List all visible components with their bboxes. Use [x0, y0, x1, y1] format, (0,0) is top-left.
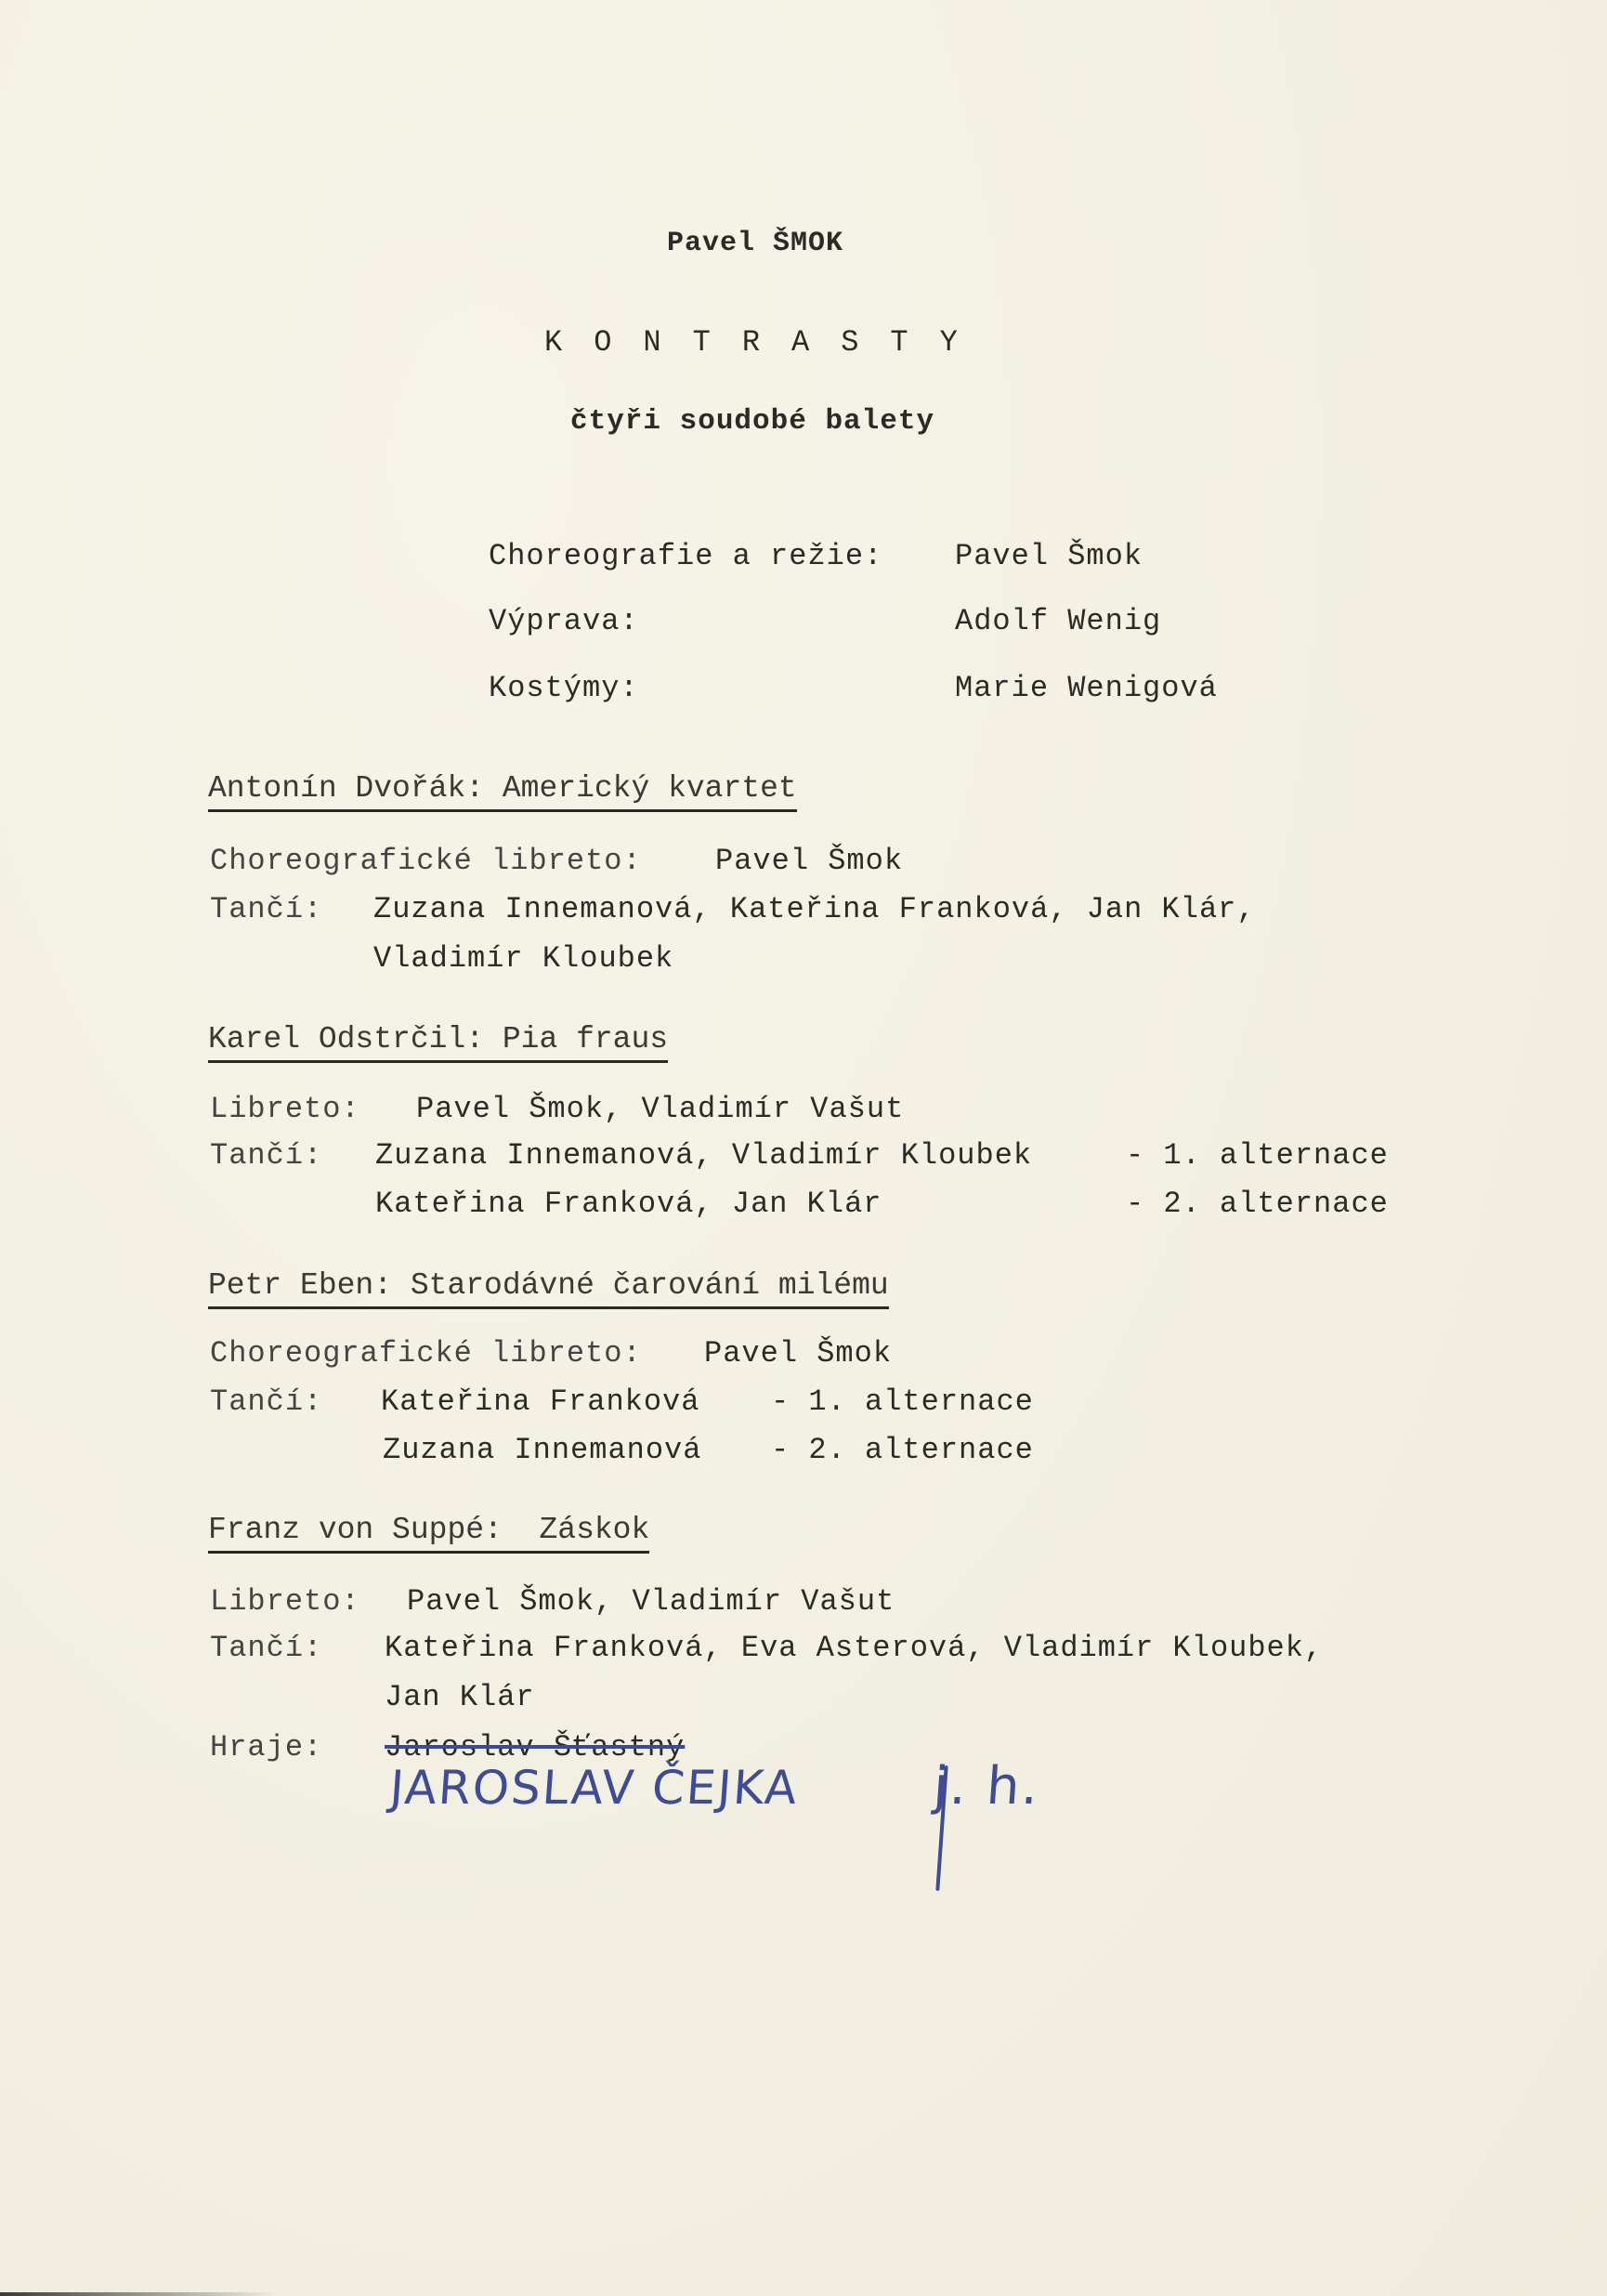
section-line-value: Kateřina Franková, Eva Asterová, Vladimí… [385, 1631, 1323, 1665]
section-line-value: Zuzana Innemanová [383, 1433, 701, 1467]
section-line-label: Tančí: [210, 1138, 322, 1173]
document-page: Pavel ŠMOK KONTRASTY čtyři soudobé balet… [0, 0, 1607, 2296]
section-line-value: Kateřina Franková, Jan Klár [375, 1187, 882, 1221]
section-heading-suppe: Franz von Suppé: Záskok [208, 1513, 649, 1554]
alternation-note: - 1. alternace [771, 1384, 1034, 1419]
section-line-label: Choreografické libreto: [210, 844, 642, 878]
handwritten-correction: JAROSLAV ČEJKA [388, 1761, 800, 1815]
credit-label-choreography: Choreografie a režie: [489, 539, 882, 573]
section-line-label: Tančí: [210, 892, 322, 926]
alternation-note: - 1. alternace [1126, 1138, 1389, 1173]
scan-edge [0, 2292, 279, 2296]
section-line-value: Pavel Šmok [704, 1336, 892, 1371]
section-heading-odstrcil: Karel Odstrčil: Pia fraus [208, 1022, 668, 1063]
section-line-value: Pavel Šmok, Vladimír Vašut [407, 1584, 895, 1619]
handwritten-initials: j. h. [932, 1756, 1042, 1817]
section-line-value: Pavel Šmok [715, 844, 903, 878]
alternation-note: - 2. alternace [1126, 1187, 1389, 1221]
section-line-label: Tančí: [210, 1384, 322, 1419]
struck-performer-name: Jaroslav Šťastný [385, 1730, 685, 1765]
section-line-value: Jan Klár [385, 1680, 535, 1714]
section-line-value: Zuzana Innemanová, Kateřina Franková, Ja… [373, 892, 1256, 926]
credit-value-design: Adolf Wenig [955, 604, 1161, 638]
section-line-value: Pavel Šmok, Vladimír Vašut [416, 1092, 904, 1126]
section-heading-eben: Petr Eben: Starodávné čarování milému [208, 1268, 889, 1309]
alternation-note: - 2. alternace [771, 1433, 1034, 1467]
section-line-value: Kateřina Franková [381, 1384, 699, 1419]
section-heading-dvorak: Antonín Dvořák: Americký kvartet [208, 771, 797, 812]
section-line-value: Zuzana Innemanová, Vladimír Kloubek [375, 1138, 1032, 1173]
document-title: KONTRASTY [544, 325, 989, 360]
section-line-value: Vladimír Kloubek [373, 941, 673, 976]
credit-label-design: Výprava: [489, 604, 639, 638]
section-line-label: Choreografické libreto: [210, 1336, 642, 1371]
author-name: Pavel ŠMOK [667, 228, 843, 259]
section-line-label: Libreto: [210, 1584, 360, 1619]
credit-value-choreography: Pavel Šmok [955, 539, 1143, 573]
section-line-label: Hraje: [210, 1730, 322, 1765]
section-line-label: Libreto: [210, 1092, 360, 1126]
credit-value-costumes: Marie Wenigová [955, 671, 1218, 705]
credit-label-costumes: Kostýmy: [489, 671, 639, 705]
document-subtitle: čtyři soudobé balety [570, 405, 934, 438]
section-line-label: Tančí: [210, 1631, 322, 1665]
